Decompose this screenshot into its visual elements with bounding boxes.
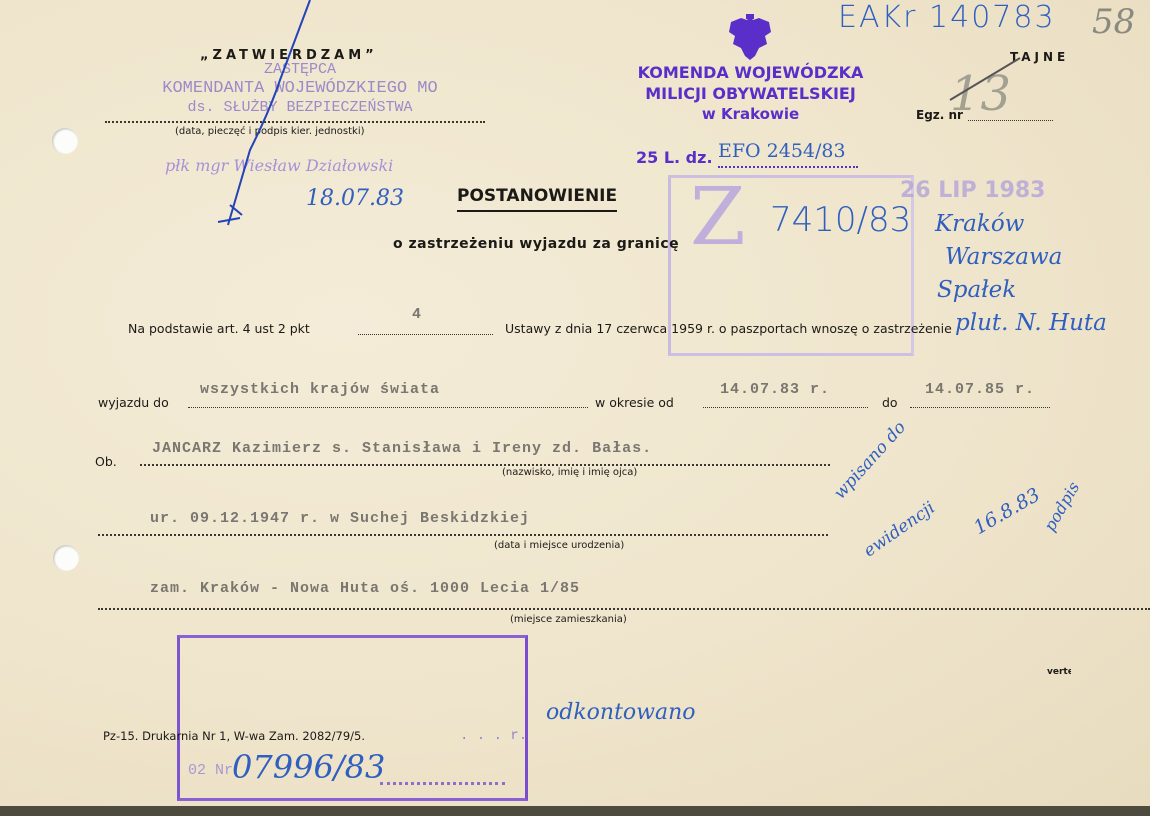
ldz-label: 25 L. dz.: [636, 148, 713, 167]
registration-note: wpisano do ewidencji 16.8.83 podpis: [830, 440, 1090, 550]
received-handwritten-note: Kraków Warszawa Spałek plut. N. Huta: [935, 208, 1107, 340]
registration-stamp-prefix: 02 Nr: [188, 762, 233, 779]
registration-stamp-dots: [380, 782, 505, 785]
person-caption: (nazwisko, imię i imię ojca): [502, 467, 637, 478]
address-value: zam. Kraków - Nowa Huta oś. 1000 Lecia 1…: [150, 580, 580, 597]
scan-bottom-edge: [0, 806, 1150, 816]
office-stamp: KOMENDA WOJEWÓDZKA MILICJI OBYWATELSKIEJ…: [628, 62, 873, 125]
print-info: Pz-15. Drukarnia Nr 1, W-wa Zam. 2082/79…: [103, 729, 365, 743]
pencil-page-number: 58: [1092, 2, 1135, 42]
office-stamp-line1: KOMENDA WOJEWÓDZKA: [628, 62, 873, 83]
address-caption: (miejsce zamieszkania): [510, 614, 627, 625]
office-stamp-line2: MILICJI OBYWATELSKIEJ: [628, 83, 873, 104]
received-handwritten-number: 7410/83: [770, 200, 911, 240]
received-stamp-letter: Z: [690, 170, 746, 263]
person-label: Ob.: [95, 454, 117, 469]
person-line: [140, 464, 830, 466]
basis-suffix: Ustawy z dnia 17 czerwca 1959 r. o paszp…: [505, 321, 952, 336]
eagle-emblem-icon: [725, 12, 775, 62]
birth-caption: (data i miejsce urodzenia): [494, 540, 624, 551]
handwritten-reference: EAKr 140783: [838, 0, 1056, 35]
note-line-4: plut. N. Huta: [955, 307, 1107, 340]
document-subtitle: o zastrzeżeniu wyjazdu za granicę: [393, 236, 679, 252]
registration-note-line4: podpis: [1040, 479, 1083, 535]
registration-note-line2: ewidencji: [860, 498, 939, 562]
ldz-line: [718, 166, 858, 168]
basis-point-value: 4: [412, 306, 422, 323]
verso-label: verte: [1047, 667, 1071, 677]
basis-prefix: Na podstawie art. 4 ust 2 pkt: [128, 321, 310, 336]
copy-number-label: Egz. nr: [916, 108, 963, 122]
period-from-label: w okresie od: [595, 395, 674, 410]
travel-destination: wszystkich krajów świata: [200, 381, 440, 398]
copy-number-line: [968, 120, 1053, 121]
period-from-line: [703, 407, 868, 408]
period-to-line: [910, 407, 1050, 408]
ldz-handwritten-value: EFO 2454/83: [718, 140, 846, 162]
travel-line: [188, 407, 588, 408]
handwritten-odkontowano: odkontowano: [546, 700, 696, 725]
note-line-2: Warszawa: [945, 241, 1107, 274]
period-to-label: do: [882, 395, 898, 410]
registration-stamp-year: . . . r.: [460, 728, 527, 744]
period-to-value: 14.07.85 r.: [925, 381, 1035, 398]
punch-hole-top: [52, 128, 78, 154]
document-page: „ZATWIERDZAM” ZASTĘPCA KOMENDANTA WOJEWÓ…: [0, 0, 1150, 808]
person-value: JANCARZ Kazimierz s. Stanisława i Ireny …: [152, 440, 652, 457]
travel-label: wyjazdu do: [98, 395, 169, 410]
registration-note-line3: 16.8.83: [970, 484, 1044, 539]
birth-value: ur. 09.12.1947 r. w Suchej Beskidzkiej: [150, 510, 530, 527]
handwritten-approval-date: 18.07.83: [306, 186, 404, 211]
punch-hole-bottom: [53, 545, 79, 571]
note-line-1: Kraków: [935, 208, 1107, 241]
registration-note-line1: wpisano do: [830, 418, 910, 504]
registration-handwritten-number: 07996/83: [232, 748, 385, 786]
office-stamp-line3: w Krakowie: [628, 104, 873, 125]
received-stamp-date: 26 LIP 1983: [900, 178, 1046, 203]
address-line: [98, 608, 1150, 610]
birth-line: [98, 534, 828, 536]
note-line-3: Spałek: [937, 274, 1107, 307]
pencil-strike: [945, 55, 1025, 105]
basis-point-line: [358, 334, 493, 335]
period-from-value: 14.07.83 r.: [720, 381, 830, 398]
document-title: POSTANOWIENIE: [457, 186, 617, 212]
